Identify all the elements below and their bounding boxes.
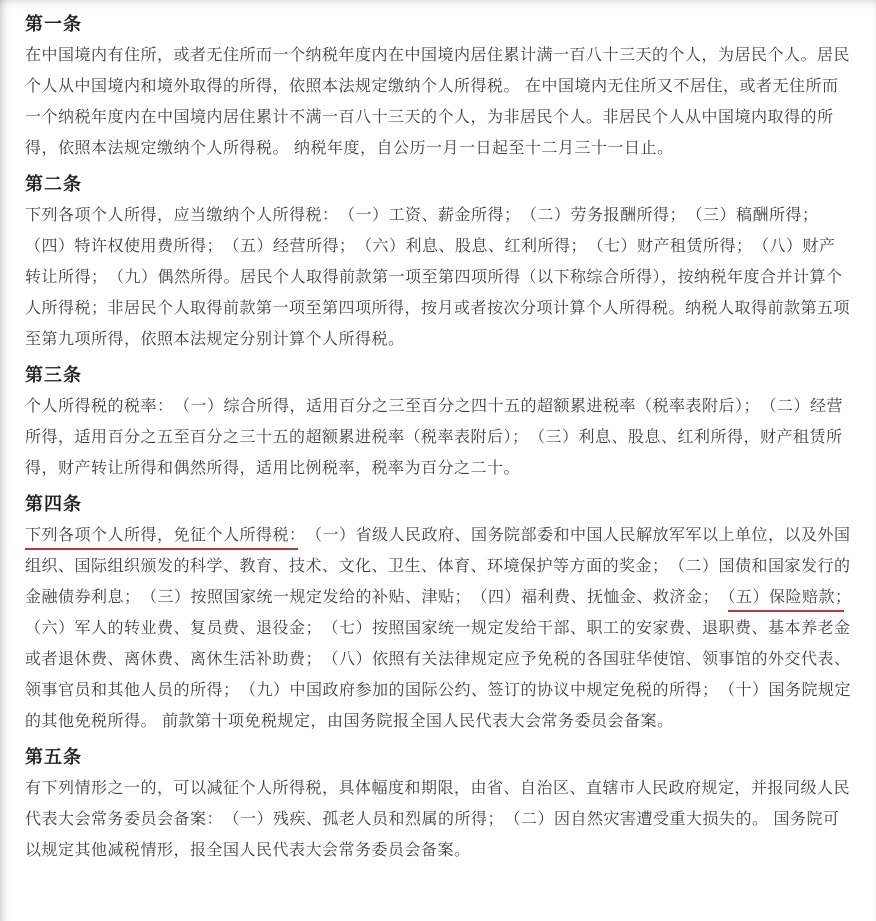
article-paragraph: 下列各项个人所得，免征个人所得税： （一）省级人民政府、国务院部委和中国人民解放…	[25, 520, 851, 737]
text-segment: 在中国境内有住所，或者无住所而一个纳税年度内在中国境内居住累计满一百八十三天的个…	[25, 47, 850, 157]
article-section: 第五条有下列情形之一的，可以减征个人所得税，具体幅度和期限，由省、自治区、直辖市…	[25, 745, 851, 866]
article-heading: 第一条	[25, 12, 851, 36]
article-section: 第一条在中国境内有住所，或者无住所而一个纳税年度内在中国境内居住累计满一百八十三…	[25, 12, 851, 164]
article-section: 第三条个人所得税的税率： （一）综合所得，适用百分之三至百分之四十五的超额累进税…	[25, 363, 851, 484]
article-paragraph: 有下列情形之一的，可以减征个人所得税，具体幅度和期限，由省、自治区、直辖市人民政…	[25, 773, 851, 866]
article-heading: 第四条	[25, 492, 851, 516]
article-section: 第四条下列各项个人所得，免征个人所得税： （一）省级人民政府、国务院部委和中国人…	[25, 492, 851, 737]
articles: 第一条在中国境内有住所，或者无住所而一个纳税年度内在中国境内居住累计满一百八十三…	[25, 12, 851, 866]
article-paragraph: 下列各项个人所得，应当缴纳个人所得税： （一）工资、薪金所得； （二）劳务报酬所…	[25, 200, 851, 355]
article-section: 第二条下列各项个人所得，应当缴纳个人所得税： （一）工资、薪金所得； （二）劳务…	[25, 172, 851, 355]
red-underlined-text: （五）保险赔款；	[728, 589, 844, 612]
text-segment: 个人所得税的税率： （一）综合所得，适用百分之三至百分之四十五的超额累进税率（税…	[25, 398, 843, 477]
document-body: 第一条在中国境内有住所，或者无住所而一个纳税年度内在中国境内居住累计满一百八十三…	[25, 12, 851, 866]
red-underlined-text: 下列各项个人所得，免征个人所得税：	[25, 527, 298, 550]
article-heading: 第二条	[25, 172, 851, 196]
article-heading: 第三条	[25, 363, 851, 387]
text-segment: 下列各项个人所得，应当缴纳个人所得税： （一）工资、薪金所得； （二）劳务报酬所…	[25, 207, 850, 348]
article-heading: 第五条	[25, 745, 851, 769]
article-paragraph: 在中国境内有住所，或者无住所而一个纳税年度内在中国境内居住累计满一百八十三天的个…	[25, 40, 851, 164]
article-paragraph: 个人所得税的税率： （一）综合所得，适用百分之三至百分之四十五的超额累进税率（税…	[25, 391, 851, 484]
text-segment: 有下列情形之一的，可以减征个人所得税，具体幅度和期限，由省、自治区、直辖市人民政…	[25, 780, 850, 859]
